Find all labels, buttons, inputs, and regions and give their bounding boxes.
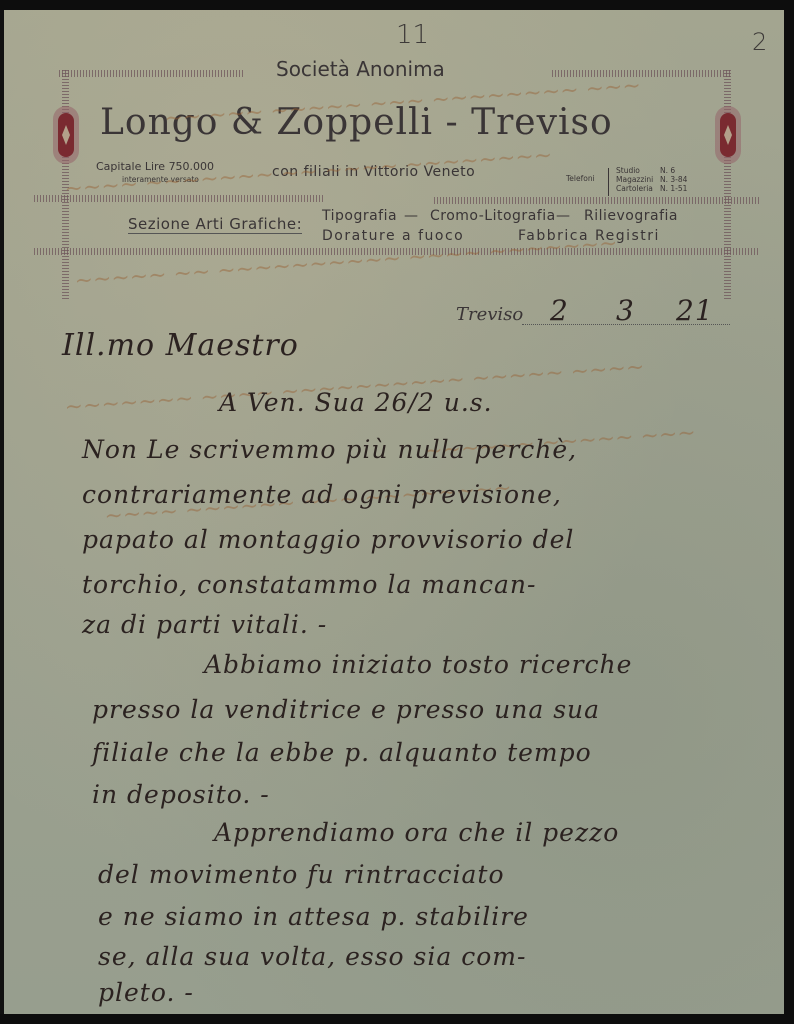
section-label: Sezione Arti Grafiche: bbox=[128, 215, 302, 234]
phone-entry-studio: StudioN. 6 bbox=[616, 166, 687, 175]
body-line: filiale che la ebbe p. alquanto tempo bbox=[92, 738, 592, 767]
letterhead-rule-top-left bbox=[59, 70, 244, 77]
phones-bracket bbox=[608, 168, 609, 196]
letterhead-ornament-right-icon bbox=[715, 106, 741, 164]
dateline-place: Treviso bbox=[456, 304, 523, 325]
body-line: contrariamente ad ogni previsione, bbox=[82, 480, 562, 509]
letterhead-rule-top-right bbox=[552, 70, 732, 77]
scan-border-top bbox=[0, 0, 794, 10]
body-line: Abbiamo iniziato tosto ricerche bbox=[204, 650, 632, 679]
body-line: se, alla sua volta, esso sia com- bbox=[98, 942, 526, 971]
letterhead-rule-mid-right bbox=[434, 197, 759, 204]
body-line: presso la venditrice e presso una sua bbox=[92, 695, 600, 724]
scan-border-bottom bbox=[0, 1014, 794, 1024]
body-line: papato al montaggio provvisorio del bbox=[82, 525, 574, 554]
scan-border-right bbox=[784, 0, 794, 1024]
letter-page: 11 2 Società Anonima Longo & Zoppelli - … bbox=[4, 10, 784, 1014]
service-separator: — bbox=[556, 208, 571, 224]
service-rilievografia: Rilievografia bbox=[584, 208, 678, 224]
bleed-through-ink: ~~~~ ~~~~~~~ ~~ ~~~~ ~~~~~~~~ bbox=[64, 143, 553, 202]
dateline-day: 2 bbox=[550, 294, 569, 327]
body-line: torchio, constatammo la mancan- bbox=[82, 570, 536, 599]
letterhead-ornament-left-icon bbox=[53, 106, 79, 164]
phones-list: StudioN. 6 MagazziniN. 3-84 CartoleriaN.… bbox=[616, 166, 687, 193]
phone-entry-cartoleria: CartoleriaN. 1-51 bbox=[616, 184, 687, 193]
dateline-year: 21 bbox=[676, 294, 714, 327]
pencil-mark-page-number: 2 bbox=[752, 28, 767, 56]
company-type: Società Anonima bbox=[276, 57, 445, 81]
phone-entry-magazzini: MagazziniN. 3-84 bbox=[616, 175, 687, 184]
service-dorature: Dorature a fuoco bbox=[322, 228, 464, 244]
body-line: Non Le scrivemmo più nulla perchè, bbox=[82, 435, 577, 464]
body-line: pleto. - bbox=[98, 978, 194, 1007]
body-line: A Ven. Sua 26/2 u.s. bbox=[219, 388, 493, 417]
phones-label: Telefoni bbox=[566, 174, 595, 183]
salutation: Ill.mo Maestro bbox=[62, 328, 299, 363]
service-tipografia: Tipografia bbox=[322, 208, 397, 224]
body-line: Apprendiamo ora che il pezzo bbox=[214, 818, 619, 847]
pencil-mark-top: 11 bbox=[396, 20, 429, 50]
service-separator: — bbox=[404, 208, 419, 224]
dateline-month: 3 bbox=[616, 294, 635, 327]
letterhead-rule-right bbox=[724, 70, 731, 300]
body-line: za di parti vitali. - bbox=[82, 610, 327, 639]
body-line: del movimento fu rintracciato bbox=[98, 860, 505, 889]
service-cromo-litografia: Cromo-Litografia bbox=[430, 208, 556, 224]
body-line: e ne siamo in attesa p. stabilire bbox=[98, 902, 529, 931]
body-line: in deposito. - bbox=[92, 780, 270, 809]
